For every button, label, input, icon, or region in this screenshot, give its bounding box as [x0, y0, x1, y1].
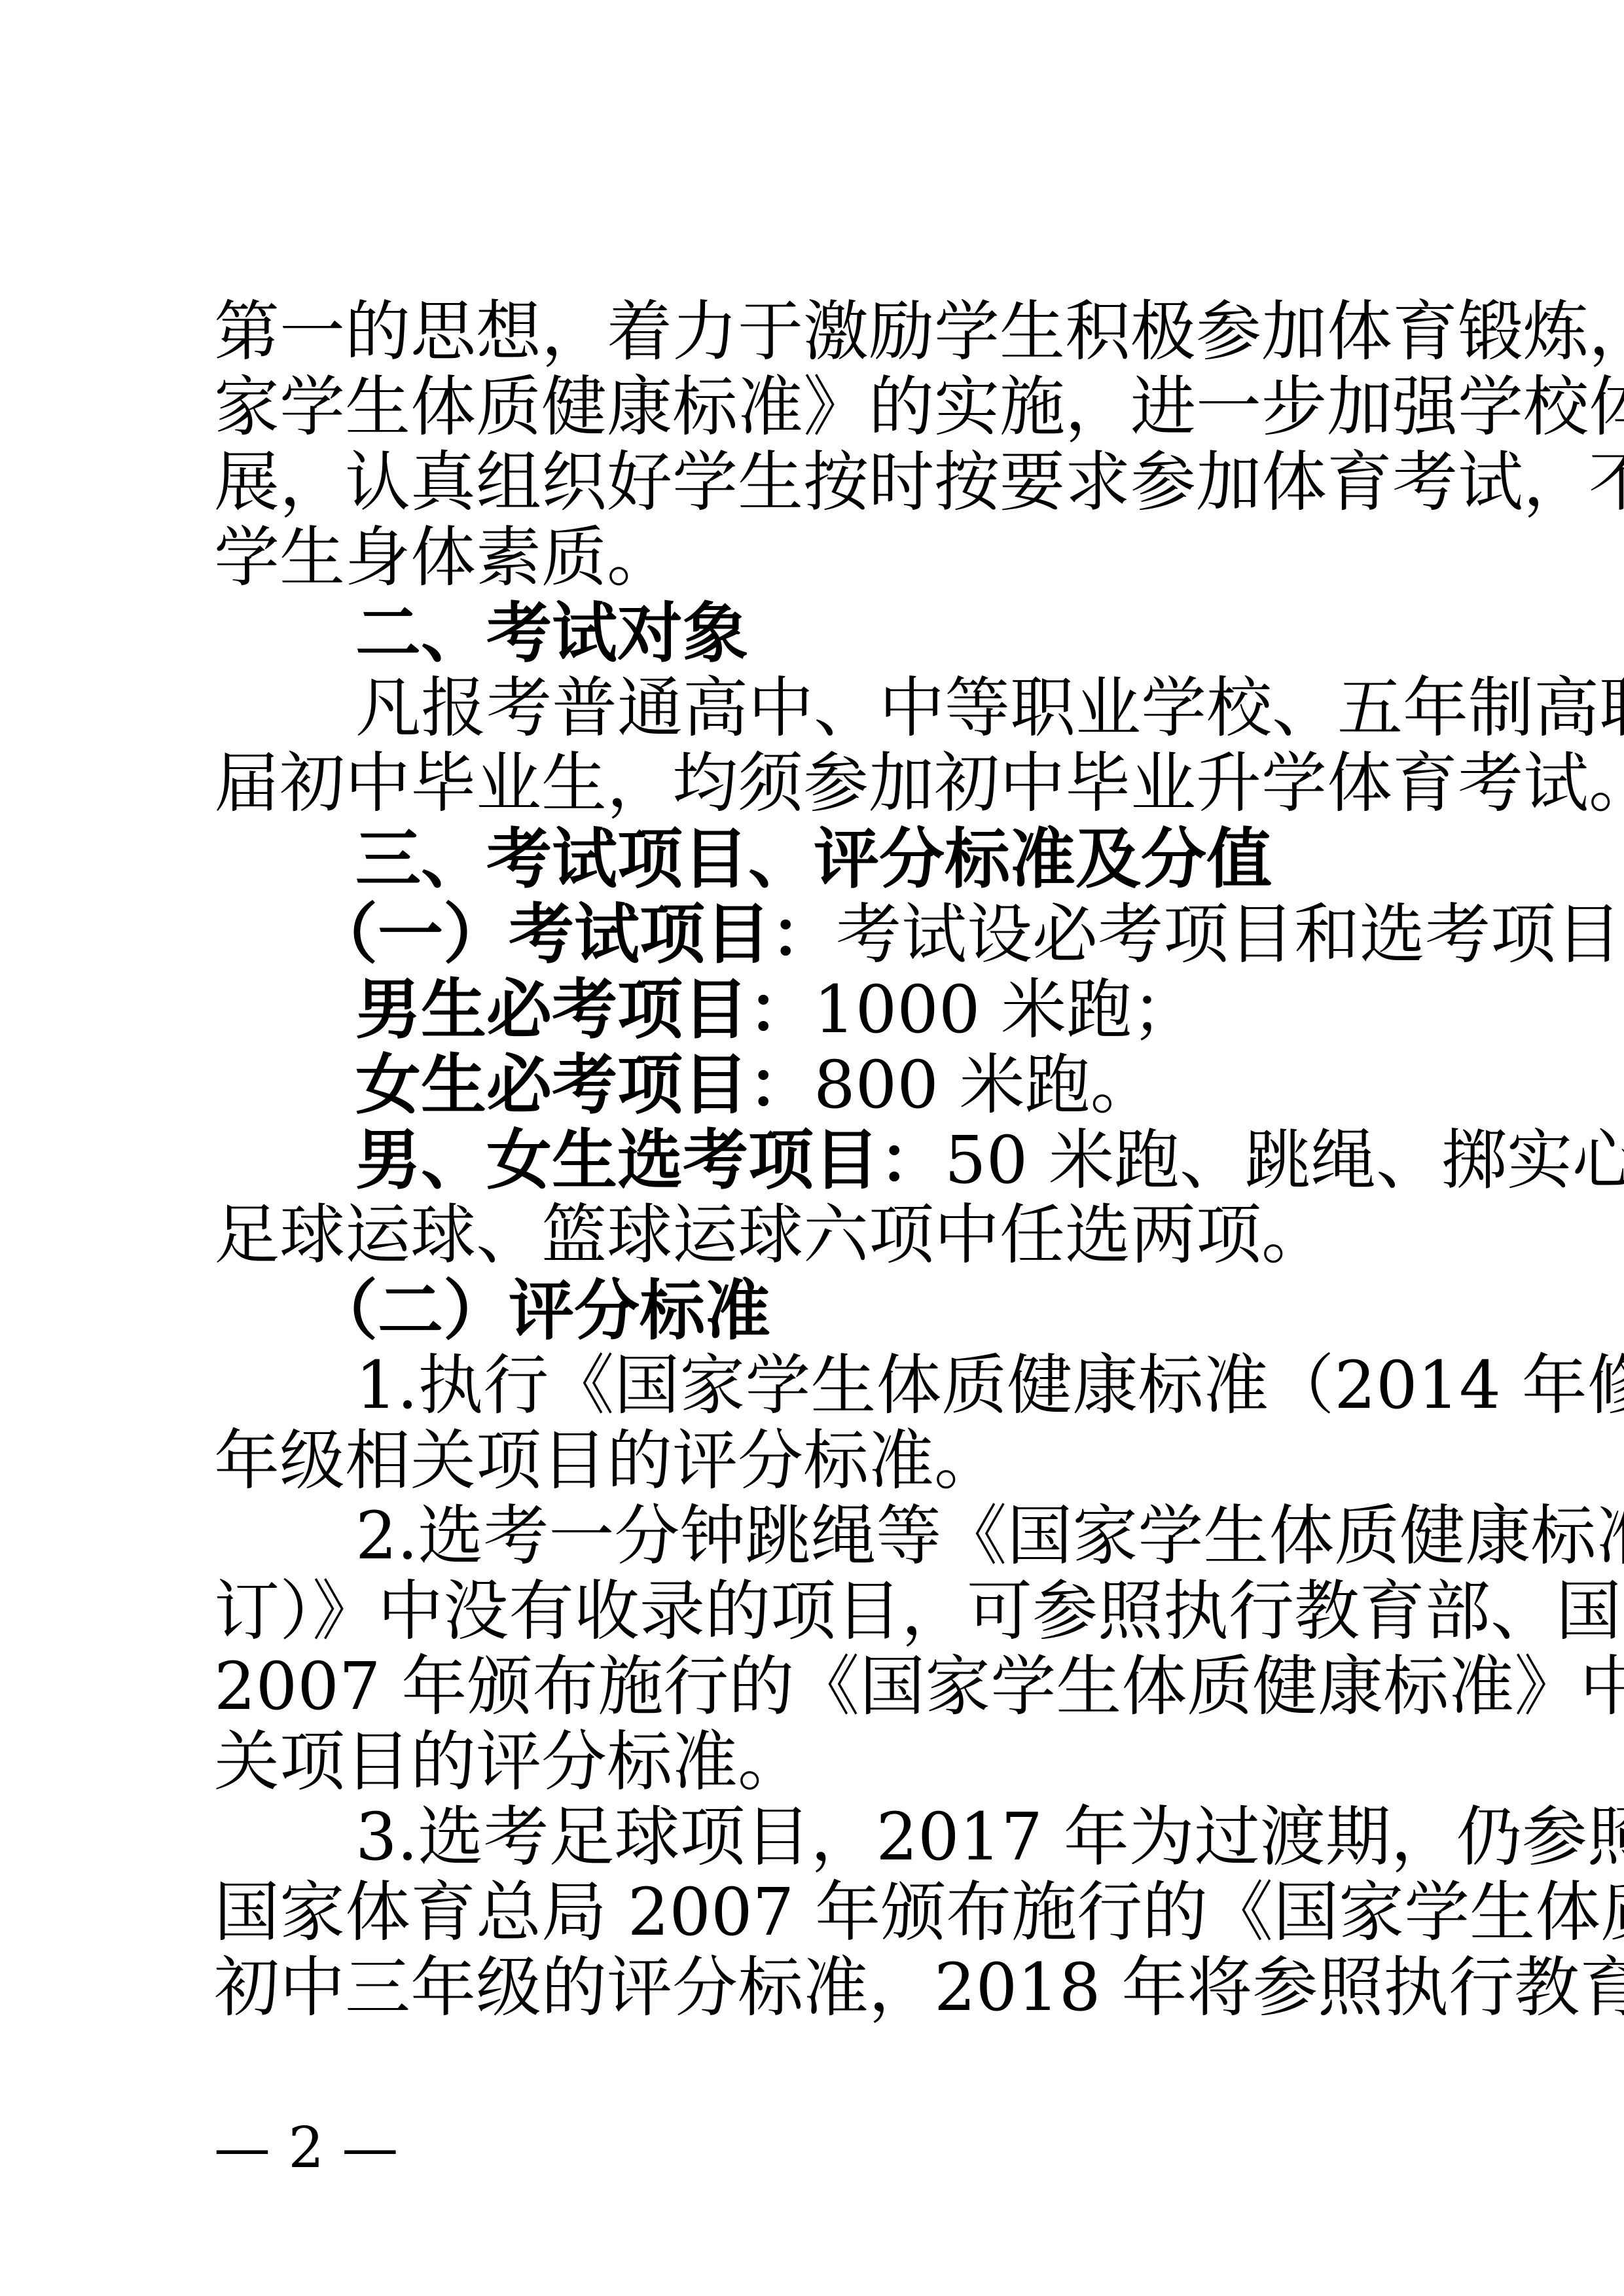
body-text-line: 家学生体质健康标准》的实施，进一步加强学校体育工作的开 [214, 371, 1424, 443]
item-value: 800 米跑。 [814, 1047, 1156, 1123]
exam-item-female: 女生必考项目：800 米跑。 [214, 1049, 1424, 1121]
subsection-label: （一）考试项目： [312, 895, 836, 973]
body-text-line: 届初中毕业生，均须参加初中毕业升学体育考试。 [214, 747, 1424, 819]
exam-item-optional: 男、女生选考项目：50 米跑、跳绳、掷实心球、立定跳远、 [214, 1124, 1424, 1196]
item-value: 50 米跑、跳绳、掷实心球、立定跳远、 [945, 1122, 1624, 1198]
subsection-heading: （二）评分标准 [214, 1274, 1380, 1346]
section-heading: 三、考试项目、评分标准及分值 [214, 823, 1424, 895]
body-text-line: 3.选考足球项目，2017 年为过渡期，仍参照执行教育部、 [214, 1801, 1424, 1873]
body-text-line: 凡报考普通高中、中等职业学校、五年制高职的应届、往 [214, 672, 1424, 744]
body-text-line: 关项目的评分标准。 [214, 1726, 1424, 1798]
item-label: 男生必考项目： [355, 971, 814, 1048]
page-number: — 2 — [214, 2115, 398, 2181]
body-text-line: 第一的思想，着力于激励学生积极参加体育锻炼，全面推进《国 [214, 296, 1424, 368]
body-text-line: 年级相关项目的评分标准。 [214, 1425, 1424, 1497]
body-text-line: 国家体育总局 2007 年颁布施行的《国家学生体质健康标准》中 [214, 1876, 1424, 1948]
document-page: 第一的思想，着力于激励学生积极参加体育锻炼，全面推进《国 家学生体质健康标准》的… [0, 0, 1624, 2296]
body-text-line: 2007 年颁布施行的《国家学生体质健康标准》中初中三年级相 [214, 1651, 1424, 1723]
body-text-line: 订）》中没有收录的项目，可参照执行教育部、国家体育总局 [214, 1575, 1424, 1647]
body-text-line: 足球运球、篮球运球六项中任选两项。 [214, 1199, 1424, 1271]
body-text-line: 1.执行《国家学生体质健康标准（2014 年修订）》初中三 [214, 1350, 1424, 1422]
body-text-line: 初中三年级的评分标准，2018 年将参照执行教育部《学生足球 [214, 1952, 1424, 2024]
body-text-line: 学生身体素质。 [214, 522, 1424, 594]
section-heading: 二、考试对象 [214, 597, 1424, 669]
body-text-line: 2.选考一分钟跳绳等《国家学生体质健康标准（2014 年修 [214, 1500, 1424, 1572]
item-label: 女生必考项目： [355, 1046, 814, 1123]
subsection-text: 考试设必考项目和选考项目 [836, 896, 1621, 973]
subsection-heading: （一）考试项目：考试设必考项目和选考项目 [214, 898, 1380, 970]
exam-item-male: 男生必考项目：1000 米跑； [214, 973, 1424, 1045]
item-value: 1000 米跑； [814, 971, 1197, 1048]
body-text-line: 展，认真组织好学生按时按要求参加体育考试，不断提高中小 [214, 446, 1424, 518]
item-label: 男、女生选考项目： [355, 1121, 945, 1198]
